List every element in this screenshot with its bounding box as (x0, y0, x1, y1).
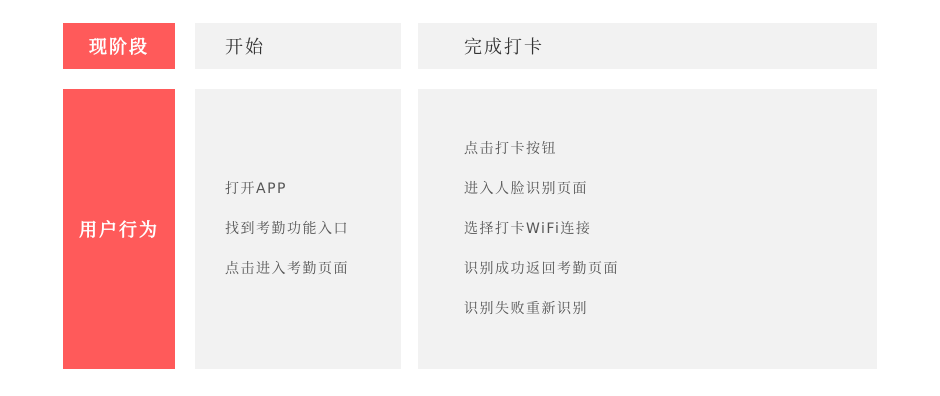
list-item: 点击打卡按钮 (464, 139, 877, 159)
behavior-row-label: 用户行为 (63, 89, 175, 369)
behavior-start-cell: 打开APP 找到考勤功能入口 点击进入考勤页面 (195, 89, 401, 369)
stage-complete-text: 完成打卡 (464, 33, 544, 59)
behavior-label-text: 用户行为 (79, 216, 159, 242)
list-item: 识别成功返回考勤页面 (464, 259, 877, 279)
stage-start-cell: 开始 (195, 23, 401, 69)
list-item: 选择打卡WiFi连接 (464, 219, 877, 239)
behavior-complete-cell: 点击打卡按钮 进入人脸识别页面 选择打卡WiFi连接 识别成功返回考勤页面 识别… (418, 89, 877, 369)
stage-label-text: 现阶段 (89, 33, 149, 59)
stage-start-text: 开始 (225, 33, 265, 59)
list-item: 打开APP (225, 179, 401, 199)
stage-row-label: 现阶段 (63, 23, 175, 69)
stage-complete-cell: 完成打卡 (418, 23, 877, 69)
list-item: 进入人脸识别页面 (464, 179, 877, 199)
list-item: 点击进入考勤页面 (225, 259, 401, 279)
list-item: 识别失败重新识别 (464, 299, 877, 319)
list-item: 找到考勤功能入口 (225, 219, 401, 239)
